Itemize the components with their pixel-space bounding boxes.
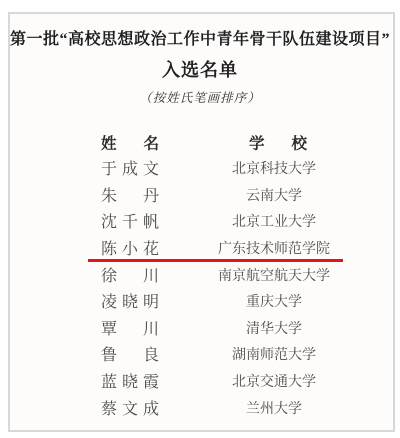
school-cell: 湖南师范大学: [174, 349, 374, 363]
school-cell: 北京工业大学: [174, 216, 374, 230]
table-header-row: 姓 名 学 校: [0, 130, 400, 157]
name-cell: 凌晓明: [101, 295, 159, 311]
table-row: 凌晓明重庆大学: [0, 290, 400, 317]
column-header-name: 姓 名: [101, 136, 159, 152]
school-cell: 云南大学: [174, 190, 374, 204]
sort-order-note: （按姓氏笔画排序）: [0, 90, 400, 107]
table-rows: 于成文北京科技大学朱 丹云南大学沈千帆北京工业大学陈小花广东技术师范学院徐 川南…: [0, 157, 400, 423]
document-title-line2: 入选名单: [0, 57, 400, 83]
table-row: 朱 丹云南大学: [0, 184, 400, 211]
name-cell: 覃 川: [101, 322, 159, 338]
document-page: 第一批“高校思想政治工作中青年骨干队伍建设项目” 入选名单 （按姓氏笔画排序） …: [0, 0, 400, 438]
school-cell: 重庆大学: [174, 296, 374, 310]
school-cell: 清华大学: [174, 323, 374, 337]
table-row: 蔡文成兰州大学: [0, 396, 400, 423]
school-cell: 兰州大学: [174, 403, 374, 417]
table-row: 陈小花广东技术师范学院: [0, 237, 400, 264]
name-cell: 于成文: [101, 162, 159, 178]
school-cell: 广东技术师范学院: [174, 243, 374, 257]
name-cell: 朱 丹: [101, 189, 159, 205]
name-cell: 徐 川: [101, 269, 159, 285]
selection-list-table: 姓 名 学 校 于成文北京科技大学朱 丹云南大学沈千帆北京工业大学陈小花广东技术…: [0, 130, 400, 423]
column-header-school: 学 校: [249, 136, 307, 152]
table-row: 蓝晓霞北京交通大学: [0, 370, 400, 397]
name-cell: 陈小花: [101, 242, 159, 258]
school-cell: 北京科技大学: [174, 163, 374, 177]
table-row: 沈千帆北京工业大学: [0, 210, 400, 237]
table-row: 徐 川南京航空航天大学: [0, 263, 400, 290]
school-cell: 南京航空航天大学: [174, 270, 374, 284]
school-cell: 北京交通大学: [174, 376, 374, 390]
name-cell: 沈千帆: [101, 215, 159, 231]
highlight-underline: [88, 259, 343, 262]
name-cell: 蔡文成: [101, 402, 159, 418]
document-title-line1: 第一批“高校思想政治工作中青年骨干队伍建设项目”: [0, 28, 400, 52]
name-cell: 蓝晓霞: [101, 375, 159, 391]
table-row: 覃 川清华大学: [0, 317, 400, 344]
name-cell: 鲁 良: [101, 348, 159, 364]
table-row: 鲁 良湖南师范大学: [0, 343, 400, 370]
table-row: 于成文北京科技大学: [0, 157, 400, 184]
